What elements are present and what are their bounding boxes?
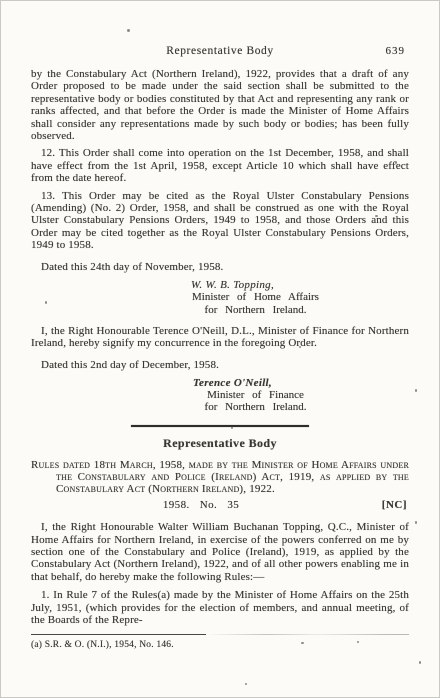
scan-speck <box>419 661 421 664</box>
dated-line-order: Dated this 24th day of November, 1958. <box>31 261 409 273</box>
footnote-separator-faint <box>206 634 409 635</box>
instrument-number-line: 1958. No. 35 [NC] <box>31 499 409 513</box>
signature-block-topping: W. W. B. Topping, Minister of Home Affai… <box>138 279 373 316</box>
rules-preamble: Rules dated 18th March, 1958, made by th… <box>31 459 409 496</box>
footnote-citation: (a) S.R. & O. (N.I.), 1954, No. 146. <box>31 639 409 651</box>
signature-title-line: for Northern Ireland. <box>138 401 373 413</box>
scanned-statute-page: Representative Body 639 by the Constabul… <box>0 0 440 698</box>
scan-speck <box>301 642 304 644</box>
signature-name: W. W. B. Topping, <box>138 279 373 291</box>
scan-speck <box>245 683 247 685</box>
scan-speck <box>231 427 233 429</box>
scan-speck <box>375 215 378 217</box>
paragraph-rule-1: 1. In Rule 7 of the Rules(a) made by the… <box>31 589 409 626</box>
paragraph-enacting: I, the Right Honourable Walter William B… <box>31 521 409 583</box>
nc-bracket-tag: [NC] <box>382 499 407 511</box>
scan-speck <box>415 389 417 392</box>
scan-speck <box>127 29 130 32</box>
section-heading: Representative Body <box>31 436 409 451</box>
running-header-title: Representative Body <box>166 45 274 57</box>
footnote-separator-solid <box>31 634 206 635</box>
instrument-number: 1958. No. 35 <box>163 499 239 511</box>
running-header: Representative Body 639 <box>31 45 409 61</box>
scan-speck <box>45 301 47 304</box>
signature-block-oneill: Terence O'Neill, Minister of Finance for… <box>138 377 373 414</box>
section-divider-rule <box>131 425 309 427</box>
signature-title-line: Minister of Finance <box>138 389 373 401</box>
scan-speck <box>357 641 359 643</box>
scan-speck <box>395 161 397 164</box>
paragraph-continuation: by the Constabulary Act (Northern Irelan… <box>31 68 409 142</box>
scan-speck <box>415 521 417 524</box>
scan-speck <box>299 346 301 348</box>
page-number: 639 <box>386 45 406 57</box>
page-body: Representative Body 639 by the Constabul… <box>1 1 439 652</box>
dated-line-concurrence: Dated this 2nd day of December, 1958. <box>31 359 409 371</box>
paragraph-article-13: 13. This Order may be cited as the Royal… <box>31 190 409 252</box>
signature-name: Terence O'Neill, <box>138 377 373 389</box>
signature-title-line: for Northern Ireland. <box>138 304 373 316</box>
footnote-separator <box>31 633 409 635</box>
paragraph-article-12: 12. This Order shall come into operation… <box>31 147 409 184</box>
signature-title-line: Minister of Home Affairs <box>138 291 373 303</box>
paragraph-concurrence: I, the Right Honourable Terence O'Neill,… <box>31 325 409 350</box>
